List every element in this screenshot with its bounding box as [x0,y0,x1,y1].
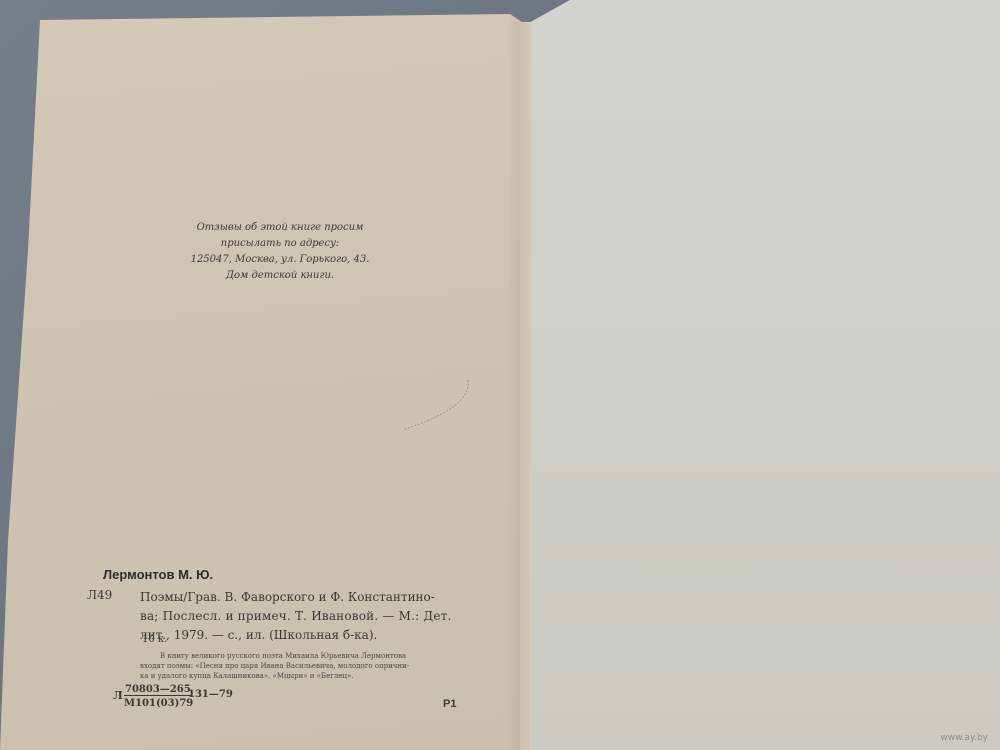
annotation: В книгу великого русского поэта Михаила … [140,651,409,681]
author-heading: Лермонтов М. Ю. [103,567,213,582]
biblio-line: Поэмы/Грав. В. Фаворского и Ф. Константи… [140,588,452,607]
feedback-line: 125047, Москва, ул. Горького, 43. [180,252,380,268]
catalog-code: Л49 [87,588,112,602]
index-fraction: 70803—265 М101(03)79 [124,683,193,711]
annotation-line: ка и удалого купца Калашникова», «Мцыри»… [140,671,409,681]
index-denominator: М101(03)79 [124,697,193,711]
index-prefix: Л [113,689,123,702]
biblio-line: лит., 1979. — с., ил. (Школьная б-ка). [140,626,452,645]
annotation-line: входят поэмы: «Песня про царя Ивана Васи… [140,661,409,671]
price: 10 к. [142,634,167,645]
bibliographic-description: Поэмы/Грав. В. Фаворского и Ф. Константи… [140,588,452,645]
feedback-notice: Отзывы об этой книге просим присылать по… [180,220,380,284]
paper-crease-mark [398,378,473,433]
index-suffix: 131—79 [188,689,233,700]
feedback-line: Дом детской книги. [180,268,380,284]
index-numerator: 70803—265 [124,684,192,696]
feedback-line: присылать по адресу: [180,236,380,252]
biblio-line: ва; Послесл. и примеч. Т. Ивановой. — М.… [140,607,452,626]
annotation-line: В книгу великого русского поэта Михаила … [140,651,409,661]
watermark: www.ay.by [940,733,988,743]
classification-code: Р1 [443,698,456,710]
feedback-line: Отзывы об этой книге просим [180,220,380,236]
